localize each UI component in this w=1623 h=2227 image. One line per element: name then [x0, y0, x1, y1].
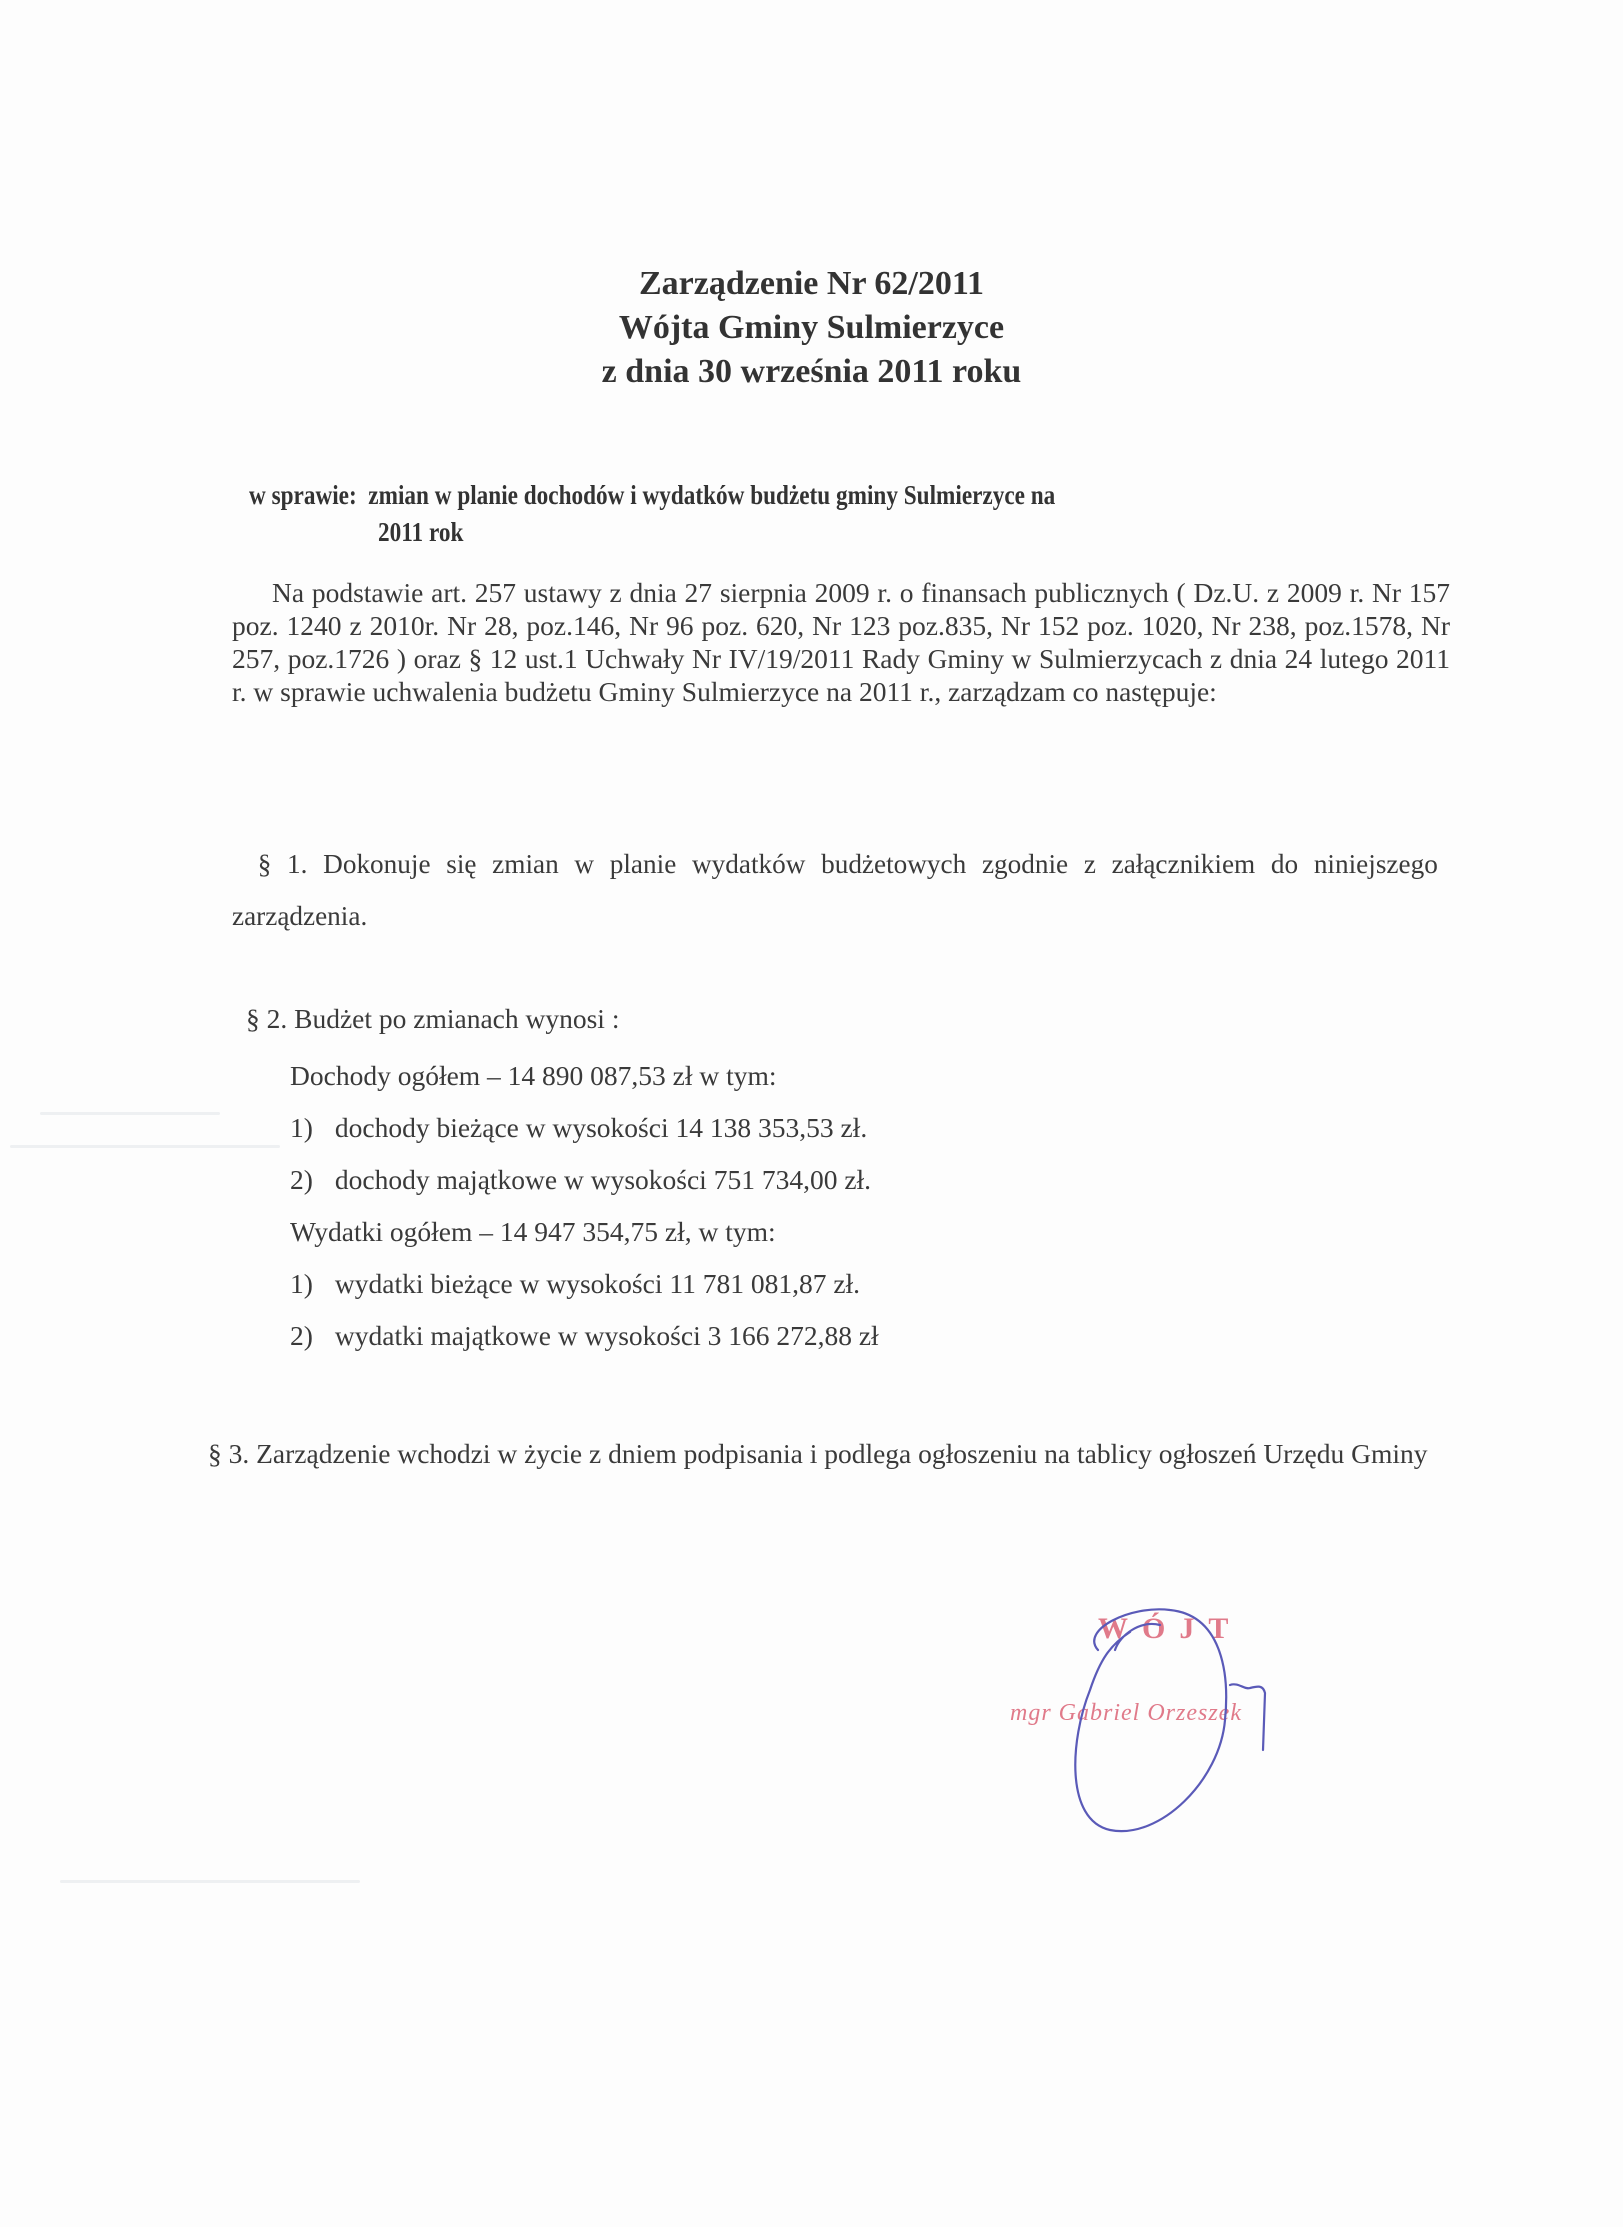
document-title: Zarządzenie Nr 62/2011 Wójta Gminy Sulmi…: [0, 262, 1623, 394]
expense-total: Wydatki ogółem – 14 947 354,75 zł, w tym…: [290, 1206, 879, 1258]
item-text: dochody majątkowe w wysokości 751 734,00…: [335, 1164, 871, 1195]
title-line-issuer: Wójta Gminy Sulmierzyce: [0, 306, 1623, 350]
income-item: 2) dochody majątkowe w wysokości 751 734…: [290, 1154, 879, 1206]
section-3: § 3. Zarządzenie wchodzi w życie z dniem…: [206, 1437, 1456, 1470]
section-2-title: § 2. Budżet po zmianach wynosi :: [246, 1003, 619, 1035]
legal-basis-text: Na podstawie art. 257 ustawy z dnia 27 s…: [232, 576, 1450, 708]
official-stamp: WÓJT mgr Gabriel Orzeszek: [980, 1590, 1360, 1840]
scan-artifact: [60, 1880, 360, 1883]
item-number: 2): [290, 1154, 328, 1206]
section-1-text: § 1. Dokonuje się zmian w planie wydatkó…: [232, 838, 1438, 942]
item-number: 2): [290, 1310, 328, 1362]
document-page: Zarządzenie Nr 62/2011 Wójta Gminy Sulmi…: [0, 0, 1623, 2227]
section-1: § 1. Dokonuje się zmian w planie wydatkó…: [232, 838, 1438, 942]
stamp-title: WÓJT: [1098, 1612, 1242, 1646]
stamp-name: mgr Gabriel Orzeszek: [1010, 1700, 1242, 1727]
item-number: 1): [290, 1258, 328, 1310]
subject-text-line1: zmian w planie dochodów i wydatków budże…: [368, 480, 1055, 510]
income-total: Dochody ogółem – 14 890 087,53 zł w tym:: [290, 1050, 879, 1102]
title-line-ordinance-number: Zarządzenie Nr 62/2011: [0, 262, 1623, 306]
legal-basis-paragraph: Na podstawie art. 257 ustawy z dnia 27 s…: [232, 576, 1450, 708]
expense-item: 2) wydatki majątkowe w wysokości 3 166 2…: [290, 1310, 879, 1362]
item-number: 1): [290, 1102, 328, 1154]
scan-artifact: [40, 1112, 220, 1115]
income-item: 1) dochody bieżące w wysokości 14 138 35…: [290, 1102, 879, 1154]
scan-artifact: [10, 1145, 280, 1148]
item-text: dochody bieżące w wysokości 14 138 353,5…: [335, 1112, 867, 1143]
subject-text-line2: 2011 rok: [249, 514, 1281, 551]
item-text: wydatki bieżące w wysokości 11 781 081,8…: [335, 1268, 860, 1299]
subject-lead: w sprawie:: [249, 477, 357, 514]
subject-block: w sprawie: zmian w planie dochodów i wyd…: [249, 477, 1281, 551]
budget-summary: Dochody ogółem – 14 890 087,53 zł w tym:…: [290, 1050, 879, 1362]
title-line-date: z dnia 30 września 2011 roku: [0, 350, 1623, 394]
section-3-text: § 3. Zarządzenie wchodzi w życie z dniem…: [206, 1437, 1456, 1470]
item-text: wydatki majątkowe w wysokości 3 166 272,…: [335, 1320, 879, 1351]
expense-item: 1) wydatki bieżące w wysokości 11 781 08…: [290, 1258, 879, 1310]
